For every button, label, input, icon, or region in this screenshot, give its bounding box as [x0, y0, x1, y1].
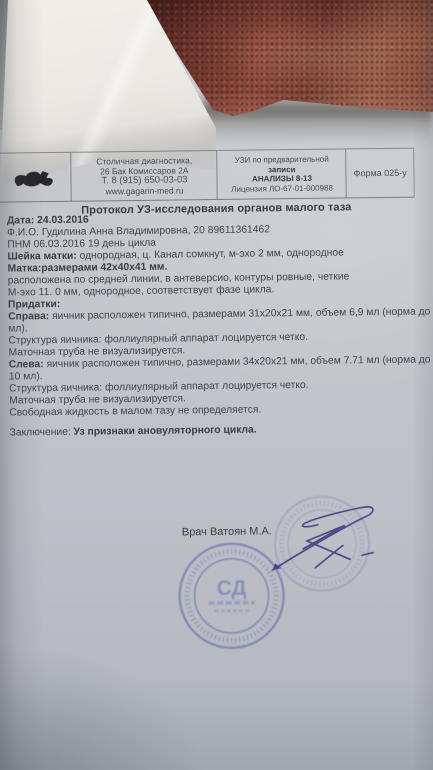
license-number: Лицензия ЛО-67-01-000988 [218, 183, 346, 194]
clinic-info-cell: Столичная диагностика, 26 Бак Комиссаров… [71, 151, 218, 201]
form-label: Форма 025-у [347, 168, 414, 179]
stamp-center-text: СД [216, 577, 246, 600]
service-info-cell: УЗИ по предварительной записи АНАЛИЗЫ 8-… [217, 149, 347, 199]
signature-icon [272, 507, 374, 571]
report-header-table: Столичная диагностика, 26 Бак Комиссаров… [0, 148, 415, 203]
stamp-round-icon: СД [179, 543, 284, 648]
report-line-conclusion: Заключение: Уз признаки ановуляторного ц… [10, 422, 433, 439]
stamp-faint-icon [274, 496, 369, 591]
form-number-cell: Форма 025-у [346, 149, 414, 198]
clinic-logo-cell [0, 153, 71, 202]
clinic-logo-icon [11, 165, 59, 190]
stamps-and-signature: СД [123, 467, 433, 681]
report-body: Дата: 24.03.2016 Ф.И.О. Гудилина Анна Вл… [7, 210, 433, 439]
medical-report-document: Столичная диагностика, 26 Бак Комиссаров… [0, 0, 433, 770]
clinic-website: www.gagarin-med.ru [72, 185, 217, 197]
